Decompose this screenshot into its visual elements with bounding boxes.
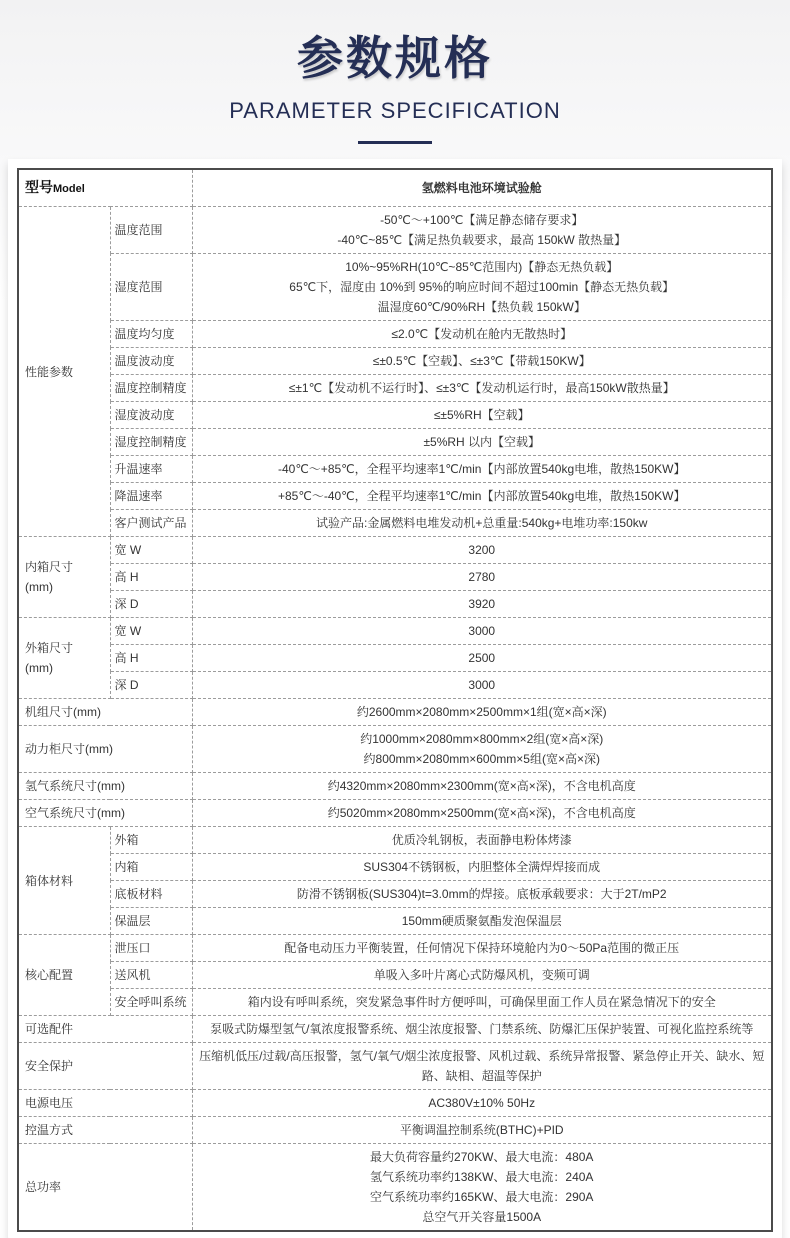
- row-value: 试验产品:金属燃料电堆发动机+总重量:540kg+电堆功率:150kw: [192, 510, 772, 537]
- spec-row: 氢气系统尺寸(mm)约4320mm×2080mm×2300mm(宽×高×深)，不…: [18, 773, 772, 800]
- section-label: 内箱尺寸 (mm): [18, 537, 110, 618]
- model-value: 氢燃料电池环境试验舱: [192, 169, 772, 207]
- row-value: -50℃～+100℃【满足静态储存要求】 -40℃~85℃【满足热负载要求，最高…: [192, 207, 772, 254]
- spec-row: 降温速率+85℃～-40℃，全程平均速率1℃/min【内部放置540kg电堆，散…: [18, 483, 772, 510]
- row-value: ≤±1℃【发动机不运行时】、≤±3℃【发动机运行时，最高150kW散热量】: [192, 375, 772, 402]
- row-sublabel: 深 D: [110, 591, 192, 618]
- row-sublabel: 客户测试产品: [110, 510, 192, 537]
- spec-row: 深 D3000: [18, 672, 772, 699]
- row-value: 3000: [192, 672, 772, 699]
- row-sublabel: 安全呼叫系统: [110, 989, 192, 1016]
- spec-row: 湿度控制精度±5%RH 以内【空载】: [18, 429, 772, 456]
- spec-row: 高 H2500: [18, 645, 772, 672]
- model-label-cn: 型号: [25, 179, 53, 195]
- spec-table: 型号Model 氢燃料电池环境试验舱 性能参数温度范围-50℃～+100℃【满足…: [17, 168, 773, 1232]
- row-value: ±5%RH 以内【空载】: [192, 429, 772, 456]
- row-sublabel: 深 D: [110, 672, 192, 699]
- spec-row: 温度波动度≤±0.5℃【空载】、≤±3℃【带载150KW】: [18, 348, 772, 375]
- spec-row: 温度控制精度≤±1℃【发动机不运行时】、≤±3℃【发动机运行时，最高150kW散…: [18, 375, 772, 402]
- row-sublabel: 湿度范围: [110, 254, 192, 321]
- spec-row: 底板材料防滑不锈钢板(SUS304)t=3.0mm的焊接。底板承载要求：大于2T…: [18, 881, 772, 908]
- row-value: 约5020mm×2080mm×2500mm(宽×高×深)，不含电机高度: [192, 800, 772, 827]
- row-value: 单吸入多叶片离心式防爆风机，变频可调: [192, 962, 772, 989]
- spec-row: 外箱尺寸 (mm)宽 W3000: [18, 618, 772, 645]
- spec-row: 高 H2780: [18, 564, 772, 591]
- page-subtitle: PARAMETER SPECIFICATION: [0, 98, 790, 124]
- section-label: 性能参数: [18, 207, 110, 537]
- row-value: AC380V±10% 50Hz: [192, 1090, 772, 1117]
- row-sublabel: 保温层: [110, 908, 192, 935]
- row-sublabel: 温度波动度: [110, 348, 192, 375]
- model-row: 型号Model 氢燃料电池环境试验舱: [18, 169, 772, 207]
- row-sublabel: 底板材料: [110, 881, 192, 908]
- row-value: 10%~95%RH(10℃~85℃范围内)【静态无热负载】 65℃下，湿度由 1…: [192, 254, 772, 321]
- spec-row: 升温速率-40℃～+85℃，全程平均速率1℃/min【内部放置540kg电堆，散…: [18, 456, 772, 483]
- row-value: +85℃～-40℃，全程平均速率1℃/min【内部放置540kg电堆，散热150…: [192, 483, 772, 510]
- row-sublabel: 温度控制精度: [110, 375, 192, 402]
- section-label: 安全保护: [18, 1043, 192, 1090]
- section-label: 空气系统尺寸(mm): [18, 800, 192, 827]
- row-value: 3200: [192, 537, 772, 564]
- section-label: 核心配置: [18, 935, 110, 1016]
- row-value: 150mm硬质聚氨酯发泡保温层: [192, 908, 772, 935]
- page-header: 参数规格 PARAMETER SPECIFICATION: [0, 0, 790, 144]
- row-value: 3000: [192, 618, 772, 645]
- spec-row: 送风机单吸入多叶片离心式防爆风机，变频可调: [18, 962, 772, 989]
- spec-row: 动力柜尺寸(mm)约1000mm×2080mm×800mm×2组(宽×高×深) …: [18, 726, 772, 773]
- page-title: 参数规格: [0, 22, 790, 88]
- row-value: 最大负荷容量约270KW、最大电流：480A 氢气系统功率约138KW、最大电流…: [192, 1144, 772, 1232]
- title-divider: [358, 141, 432, 144]
- spec-row: 客户测试产品试验产品:金属燃料电堆发动机+总重量:540kg+电堆功率:150k…: [18, 510, 772, 537]
- spec-row: 安全保护压缩机低压/过载/高压报警，氢气/氧气/烟尘浓度报警、风机过载、系统异常…: [18, 1043, 772, 1090]
- section-label: 控温方式: [18, 1117, 192, 1144]
- row-sublabel: 温度范围: [110, 207, 192, 254]
- row-value: ≤±0.5℃【空载】、≤±3℃【带载150KW】: [192, 348, 772, 375]
- row-sublabel: 送风机: [110, 962, 192, 989]
- model-label: 型号Model: [18, 169, 192, 207]
- row-value: 配备电动压力平衡装置，任何情况下保持环境舱内为0～50Pa范围的微正压: [192, 935, 772, 962]
- row-value: 优质冷轧钢板，表面静电粉体烤漆: [192, 827, 772, 854]
- section-label: 动力柜尺寸(mm): [18, 726, 192, 773]
- row-value: 2500: [192, 645, 772, 672]
- row-value: 约1000mm×2080mm×800mm×2组(宽×高×深) 约800mm×20…: [192, 726, 772, 773]
- spec-row: 核心配置泄压口配备电动压力平衡装置，任何情况下保持环境舱内为0～50Pa范围的微…: [18, 935, 772, 962]
- row-value: 压缩机低压/过载/高压报警，氢气/氧气/烟尘浓度报警、风机过载、系统异常报警、紧…: [192, 1043, 772, 1090]
- spec-row: 总功率最大负荷容量约270KW、最大电流：480A 氢气系统功率约138KW、最…: [18, 1144, 772, 1232]
- row-value: 箱内设有呼叫系统，突发紧急事件时方便呼叫，可确保里面工作人员在紧急情况下的安全: [192, 989, 772, 1016]
- row-sublabel: 湿度控制精度: [110, 429, 192, 456]
- row-value: 约4320mm×2080mm×2300mm(宽×高×深)，不含电机高度: [192, 773, 772, 800]
- spec-row: 箱体材料外箱优质冷轧钢板，表面静电粉体烤漆: [18, 827, 772, 854]
- row-sublabel: 升温速率: [110, 456, 192, 483]
- row-sublabel: 宽 W: [110, 537, 192, 564]
- section-label: 箱体材料: [18, 827, 110, 935]
- spec-row: 内箱SUS304不锈钢板，内胆整体全满焊焊接而成: [18, 854, 772, 881]
- section-label: 外箱尺寸 (mm): [18, 618, 110, 699]
- section-label: 总功率: [18, 1144, 192, 1232]
- section-label: 机组尺寸(mm): [18, 699, 192, 726]
- row-value: 约2600mm×2080mm×2500mm×1组(宽×高×深): [192, 699, 772, 726]
- row-value: 2780: [192, 564, 772, 591]
- spec-row: 性能参数温度范围-50℃～+100℃【满足静态储存要求】 -40℃~85℃【满足…: [18, 207, 772, 254]
- section-label: 可选配件: [18, 1016, 192, 1043]
- spec-card: 型号Model 氢燃料电池环境试验舱 性能参数温度范围-50℃～+100℃【满足…: [8, 159, 782, 1238]
- model-label-en: Model: [53, 183, 85, 195]
- spec-table-body: 型号Model 氢燃料电池环境试验舱 性能参数温度范围-50℃～+100℃【满足…: [18, 169, 772, 1231]
- spec-row: 控温方式平衡调温控制系统(BTHC)+PID: [18, 1117, 772, 1144]
- spec-row: 安全呼叫系统箱内设有呼叫系统，突发紧急事件时方便呼叫，可确保里面工作人员在紧急情…: [18, 989, 772, 1016]
- row-value: 平衡调温控制系统(BTHC)+PID: [192, 1117, 772, 1144]
- row-sublabel: 内箱: [110, 854, 192, 881]
- row-value: 防滑不锈钢板(SUS304)t=3.0mm的焊接。底板承载要求：大于2T/mP2: [192, 881, 772, 908]
- spec-row: 空气系统尺寸(mm)约5020mm×2080mm×2500mm(宽×高×深)，不…: [18, 800, 772, 827]
- row-value: ≤2.0℃【发动机在舱内无散热时】: [192, 321, 772, 348]
- row-sublabel: 宽 W: [110, 618, 192, 645]
- row-sublabel: 高 H: [110, 564, 192, 591]
- spec-row: 保温层150mm硬质聚氨酯发泡保温层: [18, 908, 772, 935]
- row-sublabel: 湿度波动度: [110, 402, 192, 429]
- spec-row: 湿度波动度≤±5%RH【空载】: [18, 402, 772, 429]
- row-value: 3920: [192, 591, 772, 618]
- spec-row: 湿度范围10%~95%RH(10℃~85℃范围内)【静态无热负载】 65℃下，湿…: [18, 254, 772, 321]
- row-value: 泵吸式防爆型氢气/氧浓度报警系统、烟尘浓度报警、门禁系统、防爆汇压保护装置、可视…: [192, 1016, 772, 1043]
- section-label: 氢气系统尺寸(mm): [18, 773, 192, 800]
- spec-row: 电源电压AC380V±10% 50Hz: [18, 1090, 772, 1117]
- spec-row: 深 D3920: [18, 591, 772, 618]
- spec-row: 可选配件泵吸式防爆型氢气/氧浓度报警系统、烟尘浓度报警、门禁系统、防爆汇压保护装…: [18, 1016, 772, 1043]
- row-value: SUS304不锈钢板，内胆整体全满焊焊接而成: [192, 854, 772, 881]
- row-sublabel: 降温速率: [110, 483, 192, 510]
- spec-row: 内箱尺寸 (mm)宽 W3200: [18, 537, 772, 564]
- row-sublabel: 温度均匀度: [110, 321, 192, 348]
- row-sublabel: 外箱: [110, 827, 192, 854]
- row-value: ≤±5%RH【空载】: [192, 402, 772, 429]
- spec-row: 机组尺寸(mm)约2600mm×2080mm×2500mm×1组(宽×高×深): [18, 699, 772, 726]
- row-sublabel: 泄压口: [110, 935, 192, 962]
- spec-row: 温度均匀度≤2.0℃【发动机在舱内无散热时】: [18, 321, 772, 348]
- row-sublabel: 高 H: [110, 645, 192, 672]
- row-value: -40℃～+85℃，全程平均速率1℃/min【内部放置540kg电堆，散热150…: [192, 456, 772, 483]
- section-label: 电源电压: [18, 1090, 192, 1117]
